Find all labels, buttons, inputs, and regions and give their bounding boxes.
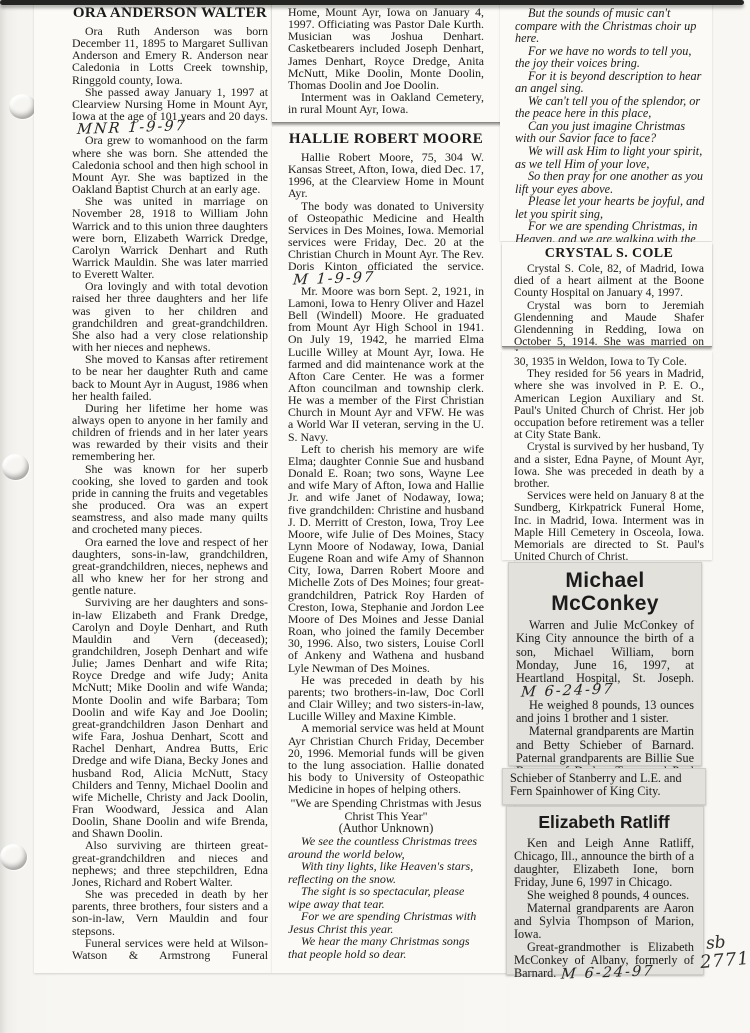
paper-edge-shadow-line	[0, 0, 744, 5]
scanned-newspaper-page: ORA ANDERSON WALTER Ora Ruth Anderson wa…	[0, 0, 750, 1033]
paragraph: He was preceded in death by his parents;…	[288, 674, 484, 723]
mcconkey-strip-text: Schieber of Stanberry and L.E. and Fern …	[510, 772, 696, 799]
poem-line: We hear the many Christmas songs that pe…	[288, 935, 484, 960]
poem-line: Can you just imagine Christmas with our …	[515, 120, 708, 145]
paragraph: Warren and Julie McConkey of King City a…	[516, 619, 694, 699]
paragraph: Also surviving are thirteen great-great-…	[72, 839, 268, 888]
paragraph: She was known for her superb cooking, sh…	[72, 463, 268, 536]
poem-line: So then pray for one another as you lift…	[515, 170, 708, 195]
paragraph: Ora lovingly and with total devotion rai…	[72, 280, 268, 353]
paragraph: Mr. Moore was born Sept. 2, 1921, in Lam…	[288, 285, 484, 443]
paragraph: Funeral services were held at Wilson-Wat…	[72, 937, 268, 961]
handwritten-date-note: M 6-24-97	[561, 965, 655, 981]
paragraph: Ora Ruth Anderson was born December 11, …	[72, 25, 268, 86]
paragraph: Crystal S. Cole, 82, of Madrid, Iowa die…	[514, 263, 704, 300]
handwritten-date-note: MNR 1-9-97	[77, 120, 188, 136]
paragraph: The body was donated to University of Os…	[288, 200, 484, 285]
paragraph: Great-grandmother is Elizabeth McConkey …	[514, 941, 694, 980]
poem-line: For we are spending Christmas with Jesus…	[288, 910, 484, 935]
poem-line: The sight is so spectacular, please wipe…	[288, 885, 484, 910]
paragraph: She was preceded in death by her parents…	[72, 888, 268, 937]
birth-heading-ratliff: Elizabeth Ratliff	[514, 812, 694, 832]
poem-continuation-clipping: But the sounds of music can't compare wi…	[500, 0, 712, 241]
obituary-heading-ora: ORA ANDERSON WALTER	[72, 5, 268, 22]
paragraph: 30, 1935 in Weldon, Iowa to Ty Cole.	[514, 356, 704, 368]
paragraph: Interment was in Oakland Cemetery, in ru…	[288, 91, 484, 115]
paragraph: Left to cherish his memory are wife Elma…	[288, 443, 484, 674]
poem-line: With tiny lights, like Heaven's stars, r…	[288, 860, 484, 885]
mcconkey-strip-clipping: Schieber of Stanberry and L.E. and Fern …	[502, 768, 706, 805]
poem-continuation-text: But the sounds of music can't compare wi…	[515, 7, 708, 258]
crystal-cole-clipping-bottom: 30, 1935 in Weldon, Iowa to Ty Cole. The…	[502, 351, 712, 560]
crystal-cole-clipping-top: CRYSTAL S. COLE Crystal S. Cole, 82, of …	[502, 242, 712, 347]
paragraph: She moved to Kansas after retirement to …	[72, 353, 268, 402]
ratliff-text: Elizabeth Ratliff Ken and Leigh Anne Rat…	[514, 810, 694, 980]
paragraph: Home, Mount Ayr, Iowa on January 4, 1997…	[288, 6, 484, 91]
poem-line: We see the countless Christmas trees aro…	[288, 835, 484, 860]
margin-note-number: 2771	[699, 948, 750, 973]
paragraph: Surviving are her daughters and sons-in-…	[72, 596, 268, 839]
obituary-heading-hallie: HALLIE ROBERT MOORE	[288, 131, 484, 148]
ratliff-birth-clipping: Elizabeth Ratliff Ken and Leigh Anne Rat…	[506, 806, 704, 975]
poem-line: But the sounds of music can't compare wi…	[515, 7, 708, 45]
poem-title: "We are Spending Christmas with Jesus Ch…	[288, 797, 484, 822]
poem-line: For it is beyond description to hear an …	[515, 70, 708, 95]
paragraph: Schieber of Stanberry and L.E. and Fern …	[510, 772, 696, 799]
paragraph: Hallie Robert Moore, 75, 304 W. Kansas S…	[288, 151, 484, 200]
birth-heading-mcconkey: Michael McConkey	[516, 569, 694, 615]
continuation-text: Home, Mount Ayr, Iowa on January 4, 1997…	[288, 6, 484, 115]
poem-line: We can't tell you of the splendor, or th…	[515, 95, 708, 120]
punch-hole-bottom	[0, 844, 27, 870]
obituary-column-1: ORA ANDERSON WALTER Ora Ruth Anderson wa…	[72, 5, 268, 961]
mcconkey-birth-clipping: Michael McConkey Warren and Julie McConk…	[508, 562, 702, 766]
paragraph: Services were held on January 8 at the S…	[514, 490, 704, 563]
paragraph-text: She passed away January 1, 1997 at Clear…	[72, 85, 268, 123]
punch-hole-middle	[2, 454, 29, 480]
obituary-heading-crystal: CRYSTAL S. COLE	[514, 246, 704, 261]
crystal-cole-text-bottom: 30, 1935 in Weldon, Iowa to Ty Cole. The…	[514, 356, 704, 563]
paragraph: Maternal grandparents are Aaron and Sylv…	[514, 902, 694, 941]
paragraph: A memorial service was held at Mount Ayr…	[288, 722, 484, 795]
paragraph: They resided for 56 years in Madrid, whe…	[514, 368, 704, 441]
paragraph: Ora earned the love and respect of her d…	[72, 536, 268, 597]
obituary-column-2: HALLIE ROBERT MOORE Hallie Robert Moore,…	[288, 131, 484, 960]
poem-line: For we have no words to tell you, the jo…	[515, 45, 708, 70]
paragraph: She was united in marriage on November 2…	[72, 195, 268, 280]
paragraph: During her lifetime her home was always …	[72, 402, 268, 463]
hallie-moore-clipping: HALLIE ROBERT MOORE Hallie Robert Moore,…	[272, 127, 514, 973]
poem-line: We will ask Him to light your spirit, as…	[515, 145, 708, 170]
paragraph-text: The body was donated to University of Os…	[288, 199, 484, 274]
paragraph: He weighed 8 pounds, 13 ounces and joins…	[516, 699, 694, 726]
paragraph: Ora grew to womanhood on the farm where …	[72, 134, 268, 195]
paragraph: She passed away January 1, 1997 at Clear…	[72, 86, 268, 135]
punch-hole-top	[9, 94, 36, 119]
poem-line: Please let your hearts be joyful, and le…	[515, 195, 708, 220]
paragraph-text: Warren and Julie McConkey of King City a…	[516, 618, 694, 685]
paragraph: Crystal is survived by her husband, Ty a…	[514, 441, 704, 490]
ora-continuation-clipping: Home, Mount Ayr, Iowa on January 4, 1997…	[272, 0, 514, 123]
paragraph: Ken and Leigh Anne Ratliff, Chicago, Ill…	[514, 837, 694, 889]
crystal-cole-text-top: CRYSTAL S. COLE Crystal S. Cole, 82, of …	[514, 246, 704, 361]
handwritten-date-note: M 1-9-97	[293, 271, 376, 286]
